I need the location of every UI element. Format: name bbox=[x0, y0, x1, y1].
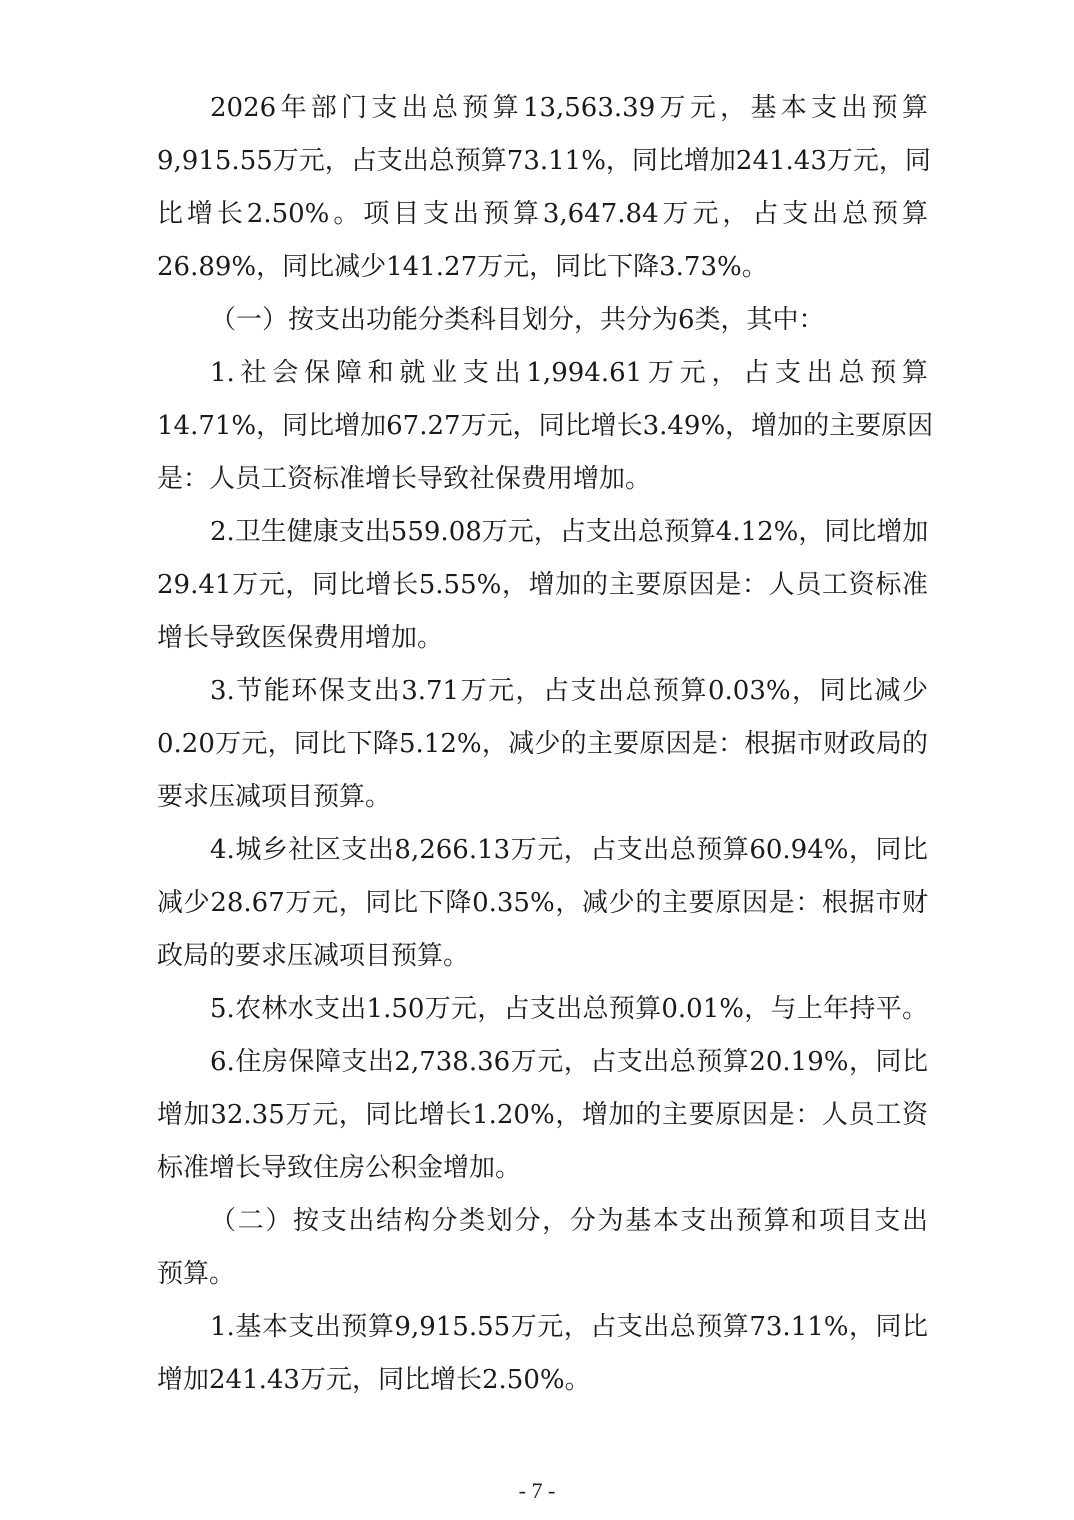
section-heading-structural-classification-line-2: 预算。 bbox=[157, 1254, 928, 1294]
paragraph-overview-line-1: 2026年部门支出总预算13,563.39万元，基本支出预算 bbox=[210, 88, 928, 128]
paragraph-overview-line-3: 比增长2.50%。项目支出预算3,647.84万元，占支出总预算 bbox=[157, 194, 928, 234]
item-housing-line-2: 增加32.35万元，同比增长1.20%，增加的主要原因是：人员工资 bbox=[157, 1095, 928, 1135]
section-heading-functional-classification: （一）按支出功能分类科目划分，共分为6类，其中： bbox=[210, 300, 928, 340]
item-housing-line-3: 标准增长导致住房公积金增加。 bbox=[157, 1148, 928, 1188]
item-urban-rural-line-2: 减少28.67万元，同比下降0.35%，减少的主要原因是：根据市财 bbox=[157, 883, 928, 923]
item-energy-env-line-2: 0.20万元，同比下降5.12%，减少的主要原因是：根据市财政局的 bbox=[157, 724, 928, 764]
paragraph-overview-line-2: 9,915.55万元，占支出总预算73.11%，同比增加241.43万元，同 bbox=[157, 141, 928, 181]
item-agriculture-line-1: 5.农林水支出1.50万元，占支出总预算0.01%，与上年持平。 bbox=[210, 989, 928, 1029]
item-basic-expenditure-line-2: 增加241.43万元，同比增长2.50%。 bbox=[157, 1360, 928, 1400]
section-heading-structural-classification-line-1: （二）按支出结构分类划分，分为基本支出预算和项目支出 bbox=[210, 1201, 928, 1241]
item-energy-env-line-3: 要求压减项目预算。 bbox=[157, 777, 928, 817]
item-social-security-line-1: 1.社会保障和就业支出1,994.61万元，占支出总预算 bbox=[210, 353, 928, 393]
item-housing-line-1: 6.住房保障支出2,738.36万元，占支出总预算20.19%，同比 bbox=[210, 1042, 928, 1082]
item-basic-expenditure-line-1: 1.基本支出预算9,915.55万元，占支出总预算73.11%，同比 bbox=[210, 1307, 928, 1347]
document-page: 2026年部门支出总预算13,563.39万元，基本支出预算 9,915.55万… bbox=[0, 0, 1074, 1520]
item-urban-rural-line-3: 政局的要求压减项目预算。 bbox=[157, 936, 928, 976]
item-health-line-2: 29.41万元，同比增长5.55%，增加的主要原因是：人员工资标准 bbox=[157, 565, 928, 605]
item-social-security-line-3: 是：人员工资标准增长导致社保费用增加。 bbox=[157, 459, 928, 499]
paragraph-overview-line-4: 26.89%，同比减少141.27万元，同比下降3.73%。 bbox=[157, 247, 928, 287]
item-health-line-3: 增长导致医保费用增加。 bbox=[157, 618, 928, 658]
page-number: - 7 - bbox=[0, 1476, 1074, 1506]
item-health-line-1: 2.卫生健康支出559.08万元，占支出总预算4.12%，同比增加 bbox=[210, 512, 928, 552]
item-social-security-line-2: 14.71%，同比增加67.27万元，同比增长3.49%，增加的主要原因 bbox=[157, 406, 928, 446]
item-urban-rural-line-1: 4.城乡社区支出8,266.13万元，占支出总预算60.94%，同比 bbox=[210, 830, 928, 870]
item-energy-env-line-1: 3.节能环保支出3.71万元，占支出总预算0.03%，同比减少 bbox=[210, 671, 928, 711]
